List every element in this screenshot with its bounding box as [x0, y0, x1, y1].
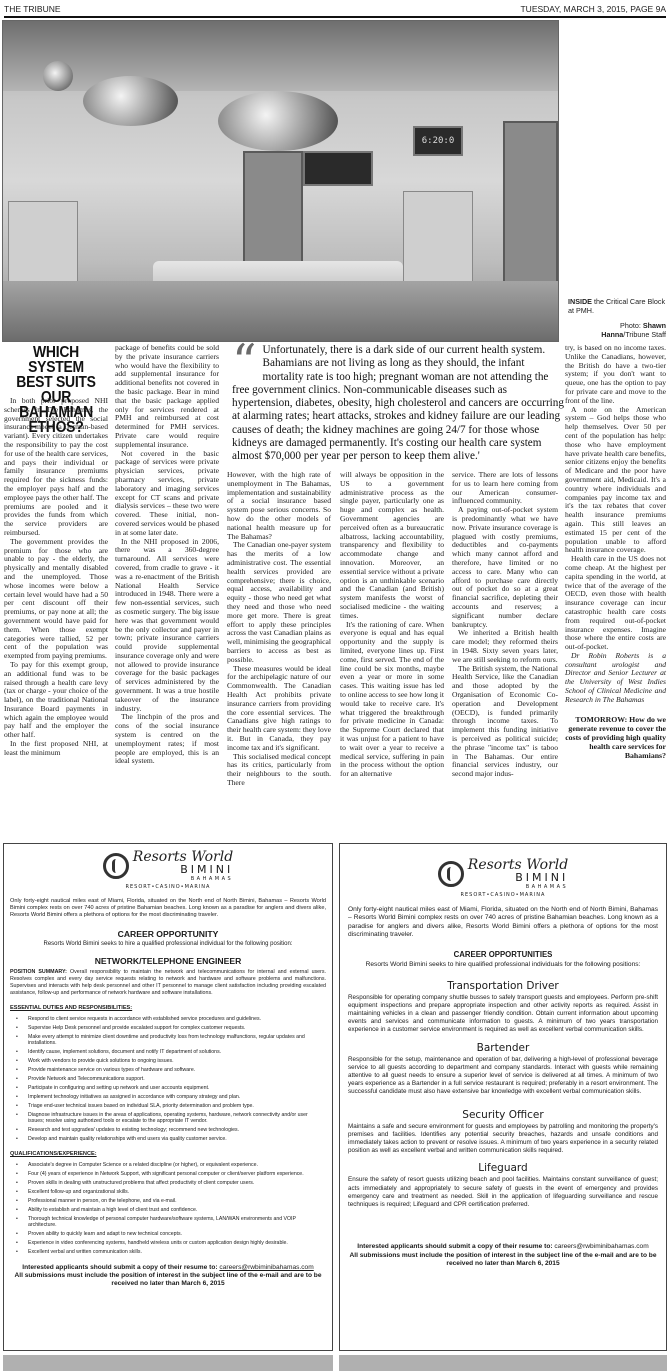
photo-credit: Photo: ShawnHanna/Tribune Staff — [568, 321, 666, 339]
apply-note: All submissions must include the positio… — [14, 1272, 321, 1287]
logo-script: Resorts World — [468, 858, 568, 872]
surgical-lamp-icon — [83, 76, 178, 126]
apply-email-link[interactable]: careers@rwbiminibahamas.com — [219, 1264, 313, 1271]
list-item: Proven ability to quickly learn and adap… — [28, 1231, 324, 1237]
vital-monitor: 6:20:0 — [413, 126, 463, 156]
paper-name: THE TRIBUNE — [4, 4, 61, 14]
article-column-5: service. There are lots of lessons for u… — [452, 471, 558, 779]
summary-label: POSITION SUMMARY: — [10, 969, 67, 975]
apply-instructions: Interested applicants should submit a co… — [344, 1243, 662, 1268]
list-item: Respond to client service requests in ac… — [28, 1016, 324, 1022]
list-item: Excellent follow-up and organizational s… — [28, 1189, 324, 1195]
article-column-1: In both prior proposed NHI schemes in Th… — [4, 397, 108, 758]
article-column-6: try, is based on no income taxes. Unlike… — [565, 344, 666, 761]
job-ad-multiple-positions: Resorts World BIMINI BAHAMAS RESORT•CASI… — [339, 843, 667, 1351]
position-title: Lifeguard — [340, 1162, 666, 1174]
logo-tagline: RESORT•CASINO•MARINA — [4, 884, 332, 890]
paragraph: will always be opposition in the US to a… — [340, 471, 444, 621]
masthead: THE TRIBUNE TUESDAY, MARCH 3, 2015, PAGE… — [4, 2, 666, 18]
position-title: Bartender — [340, 1042, 666, 1054]
list-item: Experience in video conferencing systems… — [28, 1240, 324, 1246]
list-item: Implement technology initiatives as assi… — [28, 1094, 324, 1100]
ad-heading: CAREER OPPORTUNITY — [4, 929, 332, 939]
credit-name: Hanna — [601, 330, 623, 339]
photo-caption: INSIDE the Critical Care Block at PMH. P… — [568, 297, 666, 339]
paragraph: These measures would be ideal for the ar… — [227, 665, 331, 753]
paragraph: We inherited a British health care model… — [452, 629, 558, 664]
position-description: Ensure the safety of resort guests utili… — [348, 1176, 658, 1209]
apply-note: All submissions must include the positio… — [349, 1252, 656, 1267]
ceiling — [3, 21, 558, 91]
floor — [3, 281, 558, 341]
resorts-world-logo: Resorts World BIMINI BAHAMAS — [340, 858, 666, 890]
position-description: Maintains a safe and secure environment … — [348, 1123, 658, 1156]
duties-list: Respond to client service requests in ac… — [28, 1016, 324, 1143]
paragraph: Not covered in the basic package of serv… — [115, 450, 219, 538]
paragraph: This socialised medical concept has its … — [227, 753, 331, 788]
list-item: Triage end-user technical issues based o… — [28, 1103, 324, 1109]
list-item: Make every attempt to minimize client do… — [28, 1034, 324, 1047]
ad-heading: CAREER OPPORTUNITIES — [340, 950, 666, 959]
paragraph: The government provides the premium for … — [4, 538, 108, 661]
paragraph: The linchpin of the pros and cons of the… — [115, 713, 219, 766]
paragraph: try, is based on no income taxes. Unlike… — [565, 344, 666, 406]
paragraph: service. There are lots of lessons for u… — [452, 471, 558, 506]
pull-quote-text: Unfortunately, there is a dark side of o… — [232, 344, 564, 462]
qualifications-list: Associate's degree in Computer Science o… — [28, 1162, 324, 1256]
apply-prefix: Interested applicants should submit a co… — [357, 1243, 554, 1250]
resorts-world-logo-icon — [438, 861, 464, 887]
list-item: Identify cause, implement solutions, doc… — [28, 1049, 324, 1055]
list-item: Supervise Help Desk personnel and provid… — [28, 1025, 324, 1031]
position-title: NETWORK/TELEPHONE ENGINEER — [4, 956, 332, 966]
list-item: Research and test upgrades/ updates to e… — [28, 1127, 324, 1133]
pull-quote: “ Unfortunately, there is a dark side of… — [232, 344, 566, 464]
apply-prefix: Interested applicants should submit a co… — [22, 1264, 219, 1271]
qualifications-heading: QUALIFICATIONS/EXPERIENCE: — [10, 1151, 326, 1157]
surgical-lamp-icon — [218, 91, 338, 151]
paragraph: In both prior proposed NHI schemes in Th… — [4, 397, 108, 538]
list-item: Proven skills in dealing with unstructur… — [28, 1180, 324, 1186]
credit-prefix: Photo: — [620, 321, 643, 330]
quote-mark-icon: “ — [232, 344, 257, 380]
resorts-world-logo: Resorts World BIMINI BAHAMAS — [4, 850, 332, 882]
paragraph: It's the rationing of care. When everyon… — [340, 621, 444, 779]
ad-footer-bar — [339, 1355, 667, 1371]
article-column-4: will always be opposition in the US to a… — [340, 471, 444, 779]
dateline: TUESDAY, MARCH 3, 2015, PAGE 9A — [520, 4, 666, 14]
ad-subheading: Resorts World Bimini seeks to hire a qua… — [4, 941, 332, 947]
credit-suffix: /Tribune Staff — [623, 330, 666, 339]
logo-tagline: RESORT•CASINO•MARINA — [340, 892, 666, 898]
position-description: Responsible for the setup, maintenance a… — [348, 1056, 658, 1097]
list-item: Participate in configuring and setting u… — [28, 1085, 324, 1091]
apply-instructions: Interested applicants should submit a co… — [8, 1264, 328, 1289]
list-item: Four (4) years of experience in Network … — [28, 1171, 324, 1177]
paragraph: However, with the high rate of unemploym… — [227, 471, 331, 541]
list-item: Thorough technical knowledge of personal… — [28, 1216, 324, 1229]
position-title: Transportation Driver — [340, 980, 666, 992]
job-ad-network-engineer: Resorts World BIMINI BAHAMAS RESORT•CASI… — [3, 843, 333, 1351]
ad-intro: Only forty-eight nautical miles east of … — [10, 898, 326, 920]
list-item: Develop and maintain quality relationshi… — [28, 1136, 324, 1142]
resorts-world-logo-icon — [103, 853, 129, 879]
duties-heading: ESSENTIAL DUTIES AND RESPONSIBILITIES: — [10, 1005, 326, 1011]
logo-script: Resorts World — [133, 850, 233, 864]
ad-subheading: Resorts World Bimini seeks to hire quali… — [340, 961, 666, 968]
article-column-3: However, with the high rate of unemploym… — [227, 471, 331, 788]
surgical-lamp-icon — [43, 61, 73, 91]
paragraph: The Canadian one-payer system has the me… — [227, 541, 331, 664]
position-summary: POSITION SUMMARY: Overall responsibility… — [10, 969, 326, 997]
logo-country: BAHAMAS — [526, 884, 568, 890]
list-item: Associate's degree in Computer Science o… — [28, 1162, 324, 1168]
tomorrow-teaser: TOMORROW: How do we generate revenue to … — [565, 715, 666, 761]
logo-name: BIMINI — [515, 872, 568, 884]
paragraph: In the NHI proposed in 2006, there was a… — [115, 538, 219, 714]
paragraph: The British system, the National Health … — [452, 665, 558, 779]
paragraph: A paying out-of-pocket system is predomi… — [452, 506, 558, 629]
ad-intro: Only forty-eight nautical miles east of … — [348, 906, 658, 940]
credit-name: Shawn — [643, 321, 666, 330]
door — [503, 121, 558, 301]
caption-lead: INSIDE — [568, 297, 592, 306]
list-item: Provide maintenance service on various t… — [28, 1067, 324, 1073]
position-title: Security Officer — [340, 1109, 666, 1121]
ad-footer-bar — [3, 1355, 333, 1371]
paragraph: A note on the American system – God help… — [565, 406, 666, 556]
logo-country: BAHAMAS — [191, 876, 233, 882]
list-item: Professional manner in person, on the te… — [28, 1198, 324, 1204]
paragraph: package of benefits could be sold by the… — [115, 344, 219, 450]
list-item: Ability to establish and maintain a high… — [28, 1207, 324, 1213]
hospital-photo: 6:20:0 — [2, 20, 559, 342]
paragraph: Health care in the US does not come chea… — [565, 555, 666, 652]
wall-screen — [303, 151, 373, 186]
list-item: Excellent verbal and written communicati… — [28, 1249, 324, 1255]
list-item: Provide Network and Telecommunications s… — [28, 1076, 324, 1082]
article-column-2: package of benefits could be sold by the… — [115, 344, 219, 766]
paragraph: To pay for this exempt group, an additio… — [4, 661, 108, 740]
author-byline: Dr Robin Roberts is a consultant urologi… — [565, 652, 666, 705]
position-description: Responsible for operating company shuttl… — [348, 994, 658, 1035]
paragraph: In the first proposed NHI, at least the … — [4, 740, 108, 758]
apply-email-link[interactable]: careers@rwbiminibahamas.com — [554, 1243, 648, 1250]
logo-name: BIMINI — [180, 864, 233, 876]
list-item: Work with vendors to provide quick solut… — [28, 1058, 324, 1064]
list-item: Diagnose infrastructure issues in the ar… — [28, 1112, 324, 1125]
